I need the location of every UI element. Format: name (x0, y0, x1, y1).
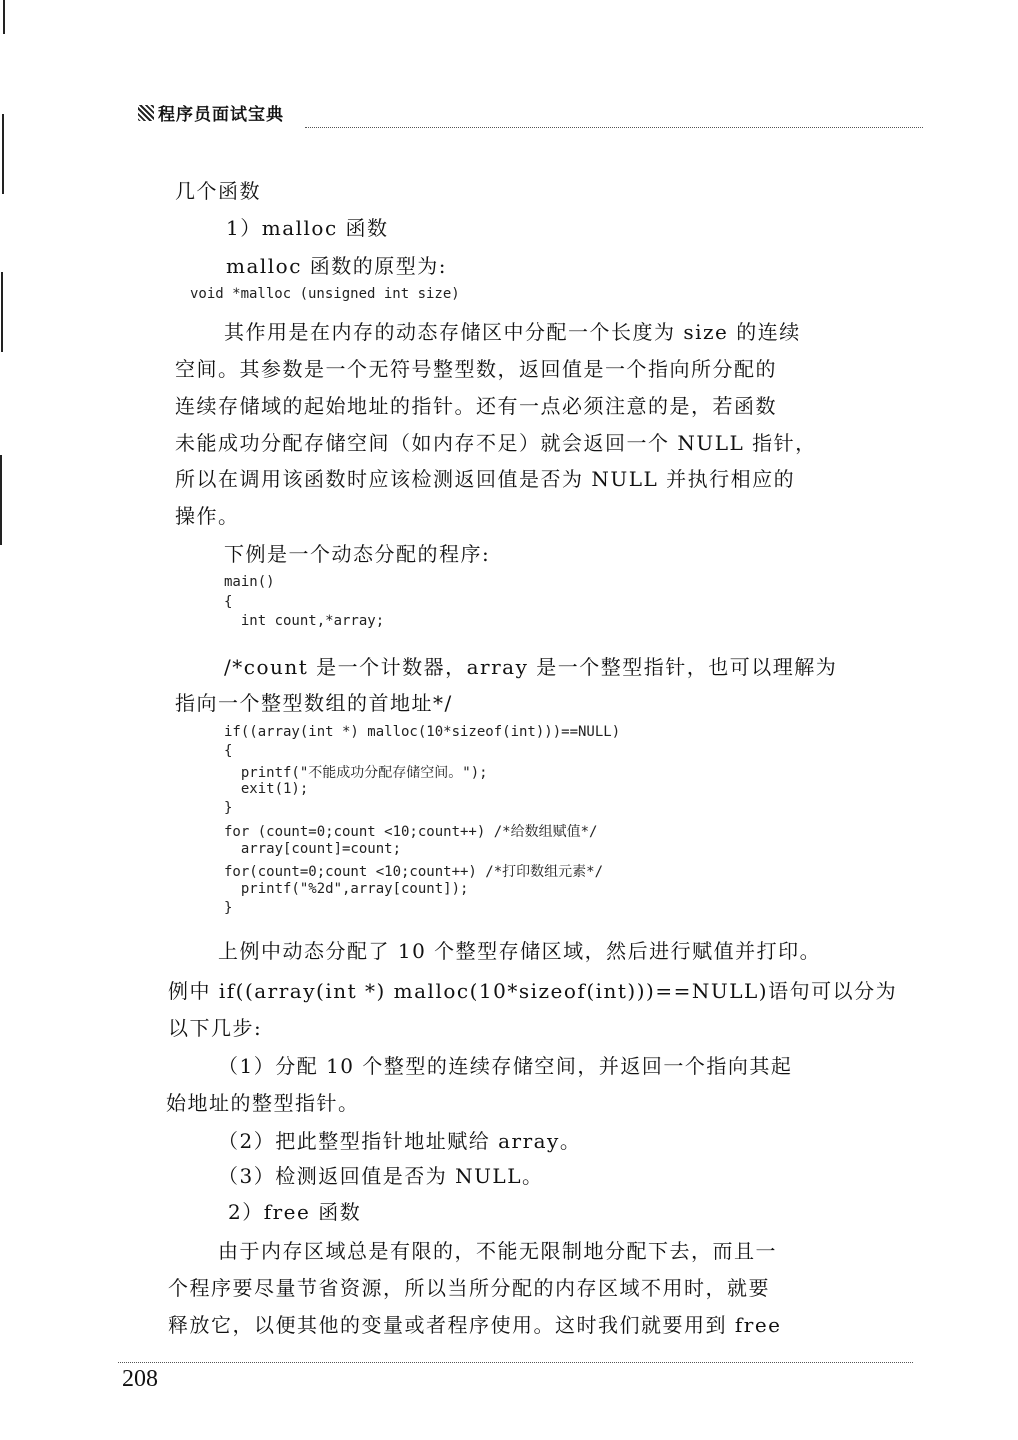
code-line: int count,*array; (224, 613, 384, 629)
code-line: printf("%2d",array[count]); (224, 881, 468, 897)
code-line: array[count]=count; (224, 841, 401, 857)
comment-text: 指向一个整型数组的首地址*/ (175, 687, 453, 716)
prototype-intro: malloc 函数的原型为: (226, 250, 447, 279)
explain-line: 以下几步: (168, 1012, 262, 1041)
step-line: （2）把此整型指针地址赋给 array。 (218, 1125, 581, 1154)
paragraph-line: 未能成功分配存储空间（如内存不足）就会返回一个 NULL 指针， (175, 427, 817, 456)
paragraph-line: 所以在调用该函数时应该检测返回值是否为 NULL 并执行相应的 (175, 463, 795, 492)
comment-text: /*count 是一个计数器，array 是一个整型指针，也可以理解为 (224, 651, 837, 680)
code-line: main() (224, 574, 275, 590)
step-line: （1）分配 10 个整型的连续存储空间，并返回一个指向其起 (218, 1050, 792, 1079)
code-line: exit(1); (224, 781, 308, 797)
paragraph-line: 空间。其参数是一个无符号整型数，返回值是一个指向所分配的 (175, 353, 777, 382)
running-header: 程序员面试宝典 (138, 100, 284, 125)
footer-rule (118, 1362, 913, 1363)
code-line: for(count=0;count <10;count++) /*打印数组元素*… (224, 861, 603, 881)
paragraph-line: 由于内存区域总是有限的，不能无限制地分配下去，而且一 (218, 1235, 777, 1264)
paragraph-line: 操作。 (175, 500, 240, 529)
scan-margin-bar (0, 455, 2, 545)
code-line: } (224, 900, 232, 916)
intro-text: 几个函数 (175, 175, 261, 204)
code-line: if((array(int *) malloc(10*sizeof(int)))… (224, 724, 620, 740)
example-intro: 下例是一个动态分配的程序: (224, 538, 490, 567)
step-line: （3）检测返回值是否为 NULL。 (218, 1160, 544, 1189)
section-heading: 1）malloc 函数 (226, 212, 389, 241)
paragraph-line: 其作用是在内存的动态存储区中分配一个长度为 size 的连续 (224, 316, 801, 345)
code-prototype: void *malloc (unsigned int size) (190, 286, 460, 302)
paragraph-line: 个程序要尽量节省资源，所以当所分配的内存区域不用时，就要 (168, 1272, 770, 1301)
header-rule (305, 127, 923, 128)
page-number: 208 (122, 1366, 158, 1393)
scan-margin-bar (1, 272, 3, 352)
scan-margin-bar (2, 114, 4, 194)
paragraph-line: 连续存储域的起始地址的指针。还有一点必须注意的是，若函数 (175, 390, 777, 419)
scan-margin-bar (3, 0, 5, 34)
paragraph-line: 释放它，以便其他的变量或者程序使用。这时我们就要用到 free (168, 1309, 782, 1338)
code-line: printf("不能成功分配存储空间。"); (224, 762, 488, 782)
book-title: 程序员面试宝典 (158, 100, 284, 125)
explain-line: 例中 if((array(int *) malloc(10*sizeof(int… (168, 975, 897, 1004)
section-heading: 2）free 函数 (228, 1196, 361, 1225)
code-line: { (224, 743, 232, 759)
explain-line: 上例中动态分配了 10 个整型存储区域，然后进行赋值并打印。 (218, 935, 821, 964)
decorative-pattern-icon (138, 105, 154, 121)
step-line: 始地址的整型指针。 (166, 1087, 360, 1116)
code-line: for (count=0;count <10;count++) /*给数组赋值*… (224, 821, 597, 841)
code-line: { (224, 594, 232, 610)
code-line: } (224, 800, 232, 816)
